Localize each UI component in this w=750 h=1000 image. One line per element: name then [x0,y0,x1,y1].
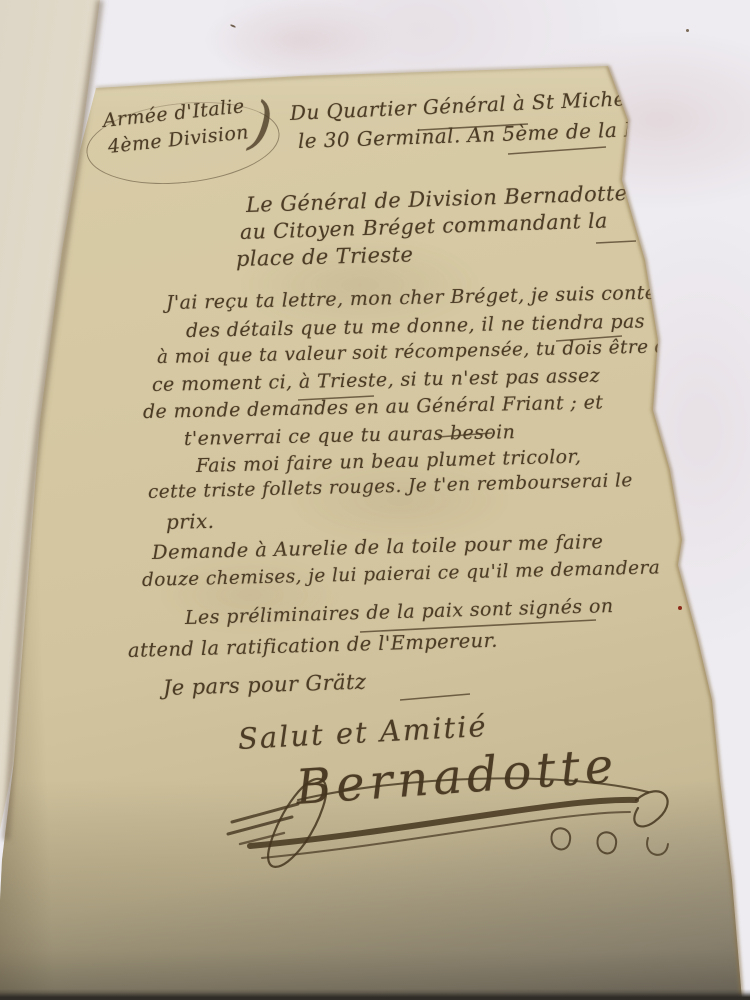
paper-speck [230,24,236,28]
paper-speck [686,29,689,32]
body-line: prix. [166,509,215,534]
table-edge-shadow [0,989,750,1000]
address-place: place de Trieste [236,242,414,271]
letter-page: Armée d'Italie 4ème Division ) Du Quarti… [0,0,750,1000]
photo-of-letter: Armée d'Italie 4ème Division ) Du Quarti… [0,0,750,1000]
red-ink-speck [678,606,682,610]
